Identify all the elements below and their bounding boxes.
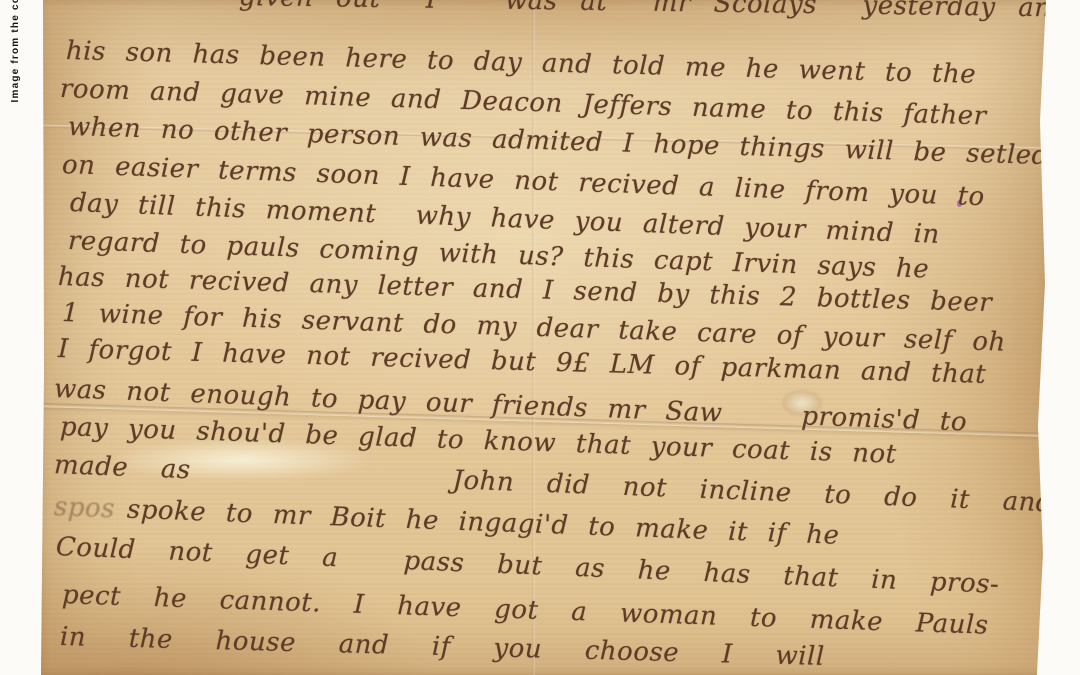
crossed-out-word: spos [53, 492, 115, 524]
photo-credit-strip: Image from the coll [0, 0, 42, 675]
letter-paper: given out I was at mr Scolays yesterday … [40, 0, 1048, 675]
letter-line: given out I was at mr Scolays yesterday … [239, 0, 1048, 24]
letter-photo: Image from the coll given out I was at m… [0, 0, 1080, 675]
letter-text: given out I was at mr Scolays yesterday … [54, 0, 1036, 675]
photo-credit-text: Image from the coll [10, 0, 21, 103]
